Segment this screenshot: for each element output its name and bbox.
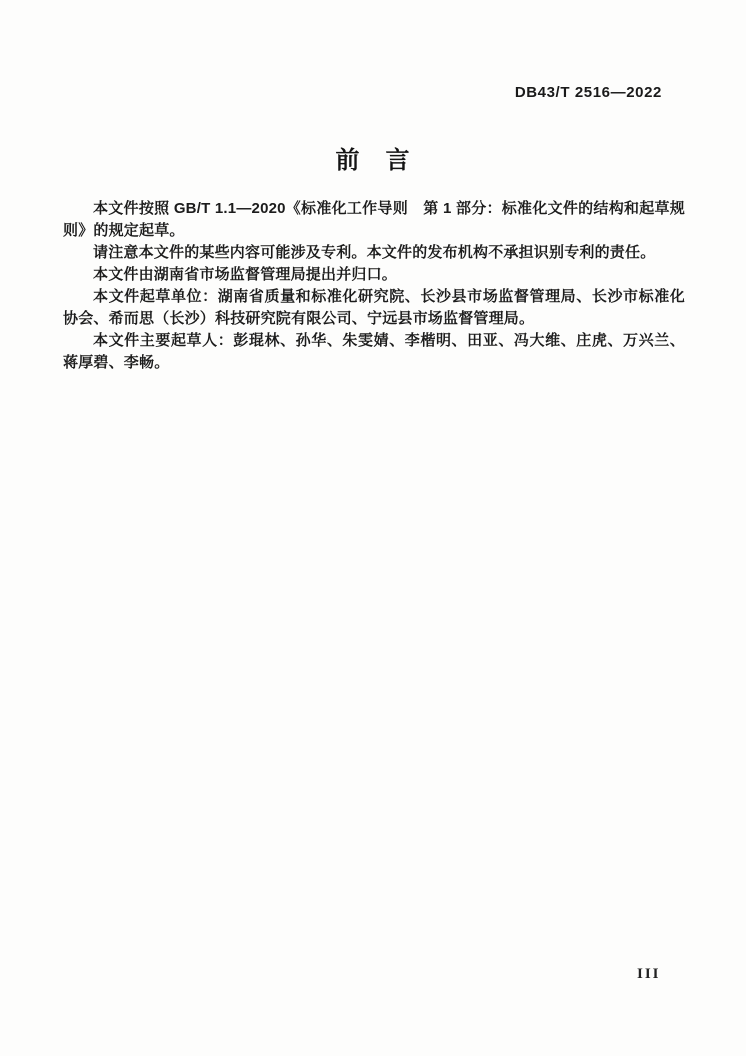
- paragraph-main-drafters: 本文件主要起草人：彭琨林、孙华、朱雯婧、李楷明、田亚、冯大维、庄虎、万兴兰、蒋厚…: [63, 330, 685, 374]
- paragraph-drafting-rules: 本文件按照 GB/T 1.1—2020《标准化工作导则 第 1 部分：标准化文件…: [63, 198, 685, 242]
- paragraph-proposing-body: 本文件由湖南省市场监督管理局提出并归口。: [63, 264, 685, 286]
- document-page: DB43/T 2516—2022 前 言 本文件按照 GB/T 1.1—2020…: [0, 0, 746, 1056]
- standard-doc-number: DB43/T 2516—2022: [515, 84, 662, 101]
- paragraph-drafting-organizations: 本文件起草单位：湖南省质量和标准化研究院、长沙县市场监督管理局、长沙市标准化协会…: [63, 286, 685, 330]
- foreword-title: 前 言: [0, 140, 746, 175]
- paragraph-patent-notice: 请注意本文件的某些内容可能涉及专利。本文件的发布机构不承担识别专利的责任。: [63, 242, 685, 264]
- foreword-body: 本文件按照 GB/T 1.1—2020《标准化工作导则 第 1 部分：标准化文件…: [63, 198, 685, 374]
- page-number: III: [637, 966, 661, 983]
